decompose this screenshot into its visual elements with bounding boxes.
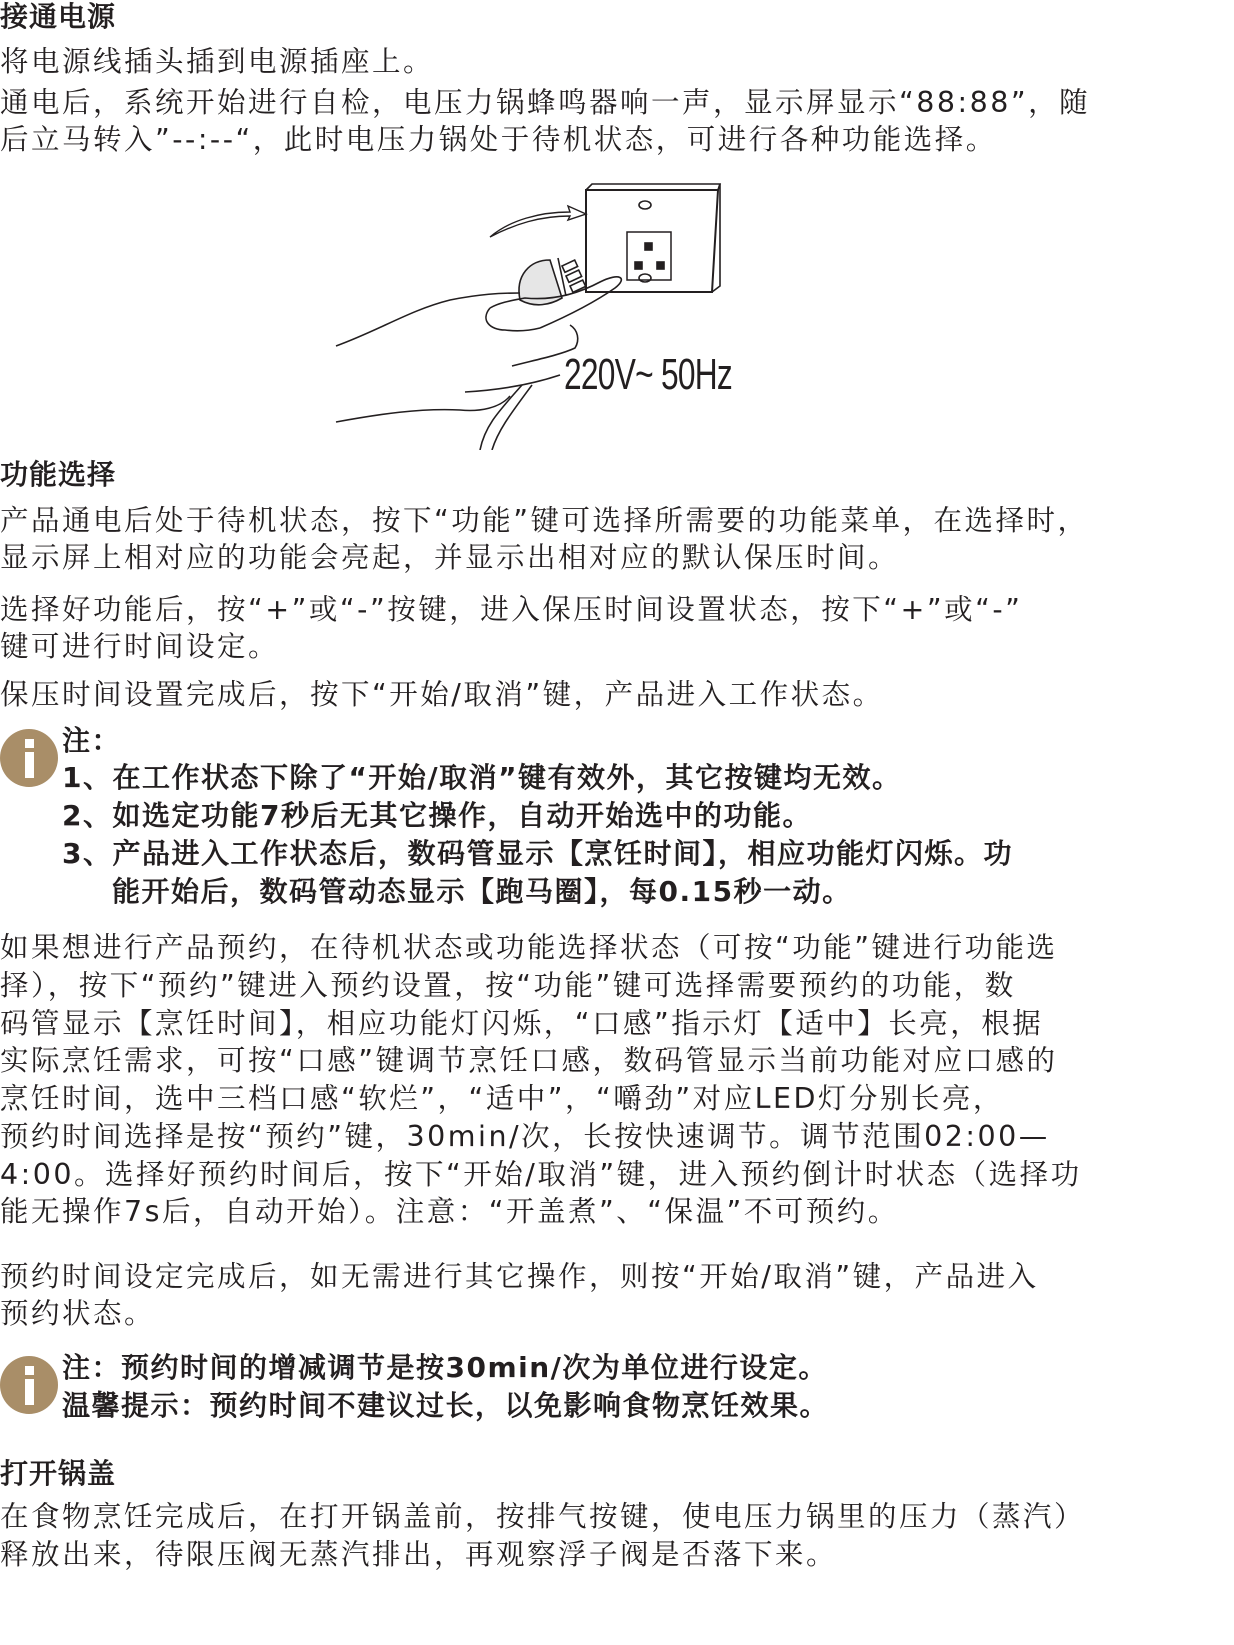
paragraph-line: 预约时间选择是按“预约”键，30min/次，长按快速调节。调节范围02:00—: [0, 1117, 1050, 1156]
paragraph-line: 释放出来，待限压阀无蒸汽排出，再观察浮子阀是否落下来。: [0, 1535, 837, 1574]
note-line: 注：预约时间的增减调节是按30min/次为单位进行设定。: [62, 1348, 828, 1387]
voltage-label: 220V~ 50Hz: [564, 350, 732, 400]
paragraph-line: 4:00。选择好预约时间后，按下“开始/取消”键，进入预约倒计时状态（选择功: [0, 1155, 1082, 1194]
paragraph-line: 码管显示【烹饪时间】，相应功能灯闪烁，“口感”指示灯【适中】长亮，根据: [0, 1004, 1043, 1043]
note-item: 2、如选定功能7秒后无其它操作，自动开始选中的功能。: [62, 796, 812, 835]
paragraph-line: 将电源线插头插到电源插座上。: [0, 42, 434, 81]
paragraph-line: 实际烹饪需求，可按“口感”键调节烹饪口感，数码管显示当前功能对应口感的: [0, 1041, 1058, 1080]
paragraph-line: 在食物烹饪完成后，在打开锅盖前，按排气按键，使电压力锅里的压力（蒸汽）: [0, 1497, 1085, 1536]
note-item: 1、在工作状态下除了“开始/取消”键有效外，其它按键均无效。: [62, 758, 902, 797]
paragraph-line: 显示屏上相对应的功能会亮起，并显示出相对应的默认保压时间。: [0, 538, 899, 577]
note-item: 能开始后，数码管动态显示【跑马圈】，每0.15秒一动。: [112, 872, 852, 911]
paragraph-line: 选择好功能后，按“+”或“-”按键，进入保压时间设置状态，按下“+”或“-”: [0, 590, 1022, 629]
note-label: 注：: [62, 721, 121, 760]
section-title-power: 接通电源: [0, 0, 116, 34]
info-icon: [0, 729, 58, 787]
paragraph-line: 预约时间设定完成后，如无需进行其它操作，则按“开始/取消”键，产品进入: [0, 1257, 1039, 1296]
paragraph-line: 预约状态。: [0, 1294, 155, 1333]
paragraph-line: 择），按下“预约”键进入预约设置，按“功能”键可选择需要预约的功能，数: [0, 966, 1016, 1005]
section-title-open-lid: 打开锅盖: [0, 1457, 116, 1491]
paragraph-line: 保压时间设置完成后，按下“开始/取消”键，产品进入工作状态。: [0, 675, 884, 714]
note-item: 3、产品进入工作状态后，数码管显示【烹饪时间】，相应功能灯闪烁。功: [62, 834, 1013, 873]
section-title-function: 功能选择: [0, 458, 116, 492]
info-icon: [0, 1356, 58, 1414]
note-line: 温馨提示：预约时间不建议过长，以免影响食物烹饪效果。: [62, 1386, 829, 1425]
paragraph-line: 后立马转入”--:--“，此时电压力锅处于待机状态，可进行各种功能选择。: [0, 120, 997, 159]
paragraph-line: 能无操作7s后，自动开始）。注意：“开盖煮”、“保温”不可预约。: [0, 1192, 899, 1231]
paragraph-line: 烹饪时间，选中三档口感“软烂”，“适中”，“嚼劲”对应LED灯分别长亮，: [0, 1079, 1004, 1118]
paragraph-line: 键可进行时间设定。: [0, 627, 279, 666]
paragraph-line: 产品通电后处于待机状态，按下“功能”键可选择所需要的功能菜单，在选择时，: [0, 501, 1089, 540]
paragraph-line: 通电后，系统开始进行自检，电压力锅蜂鸣器响一声，显示屏显示“88:88”，随: [0, 83, 1090, 122]
paragraph-line: 如果想进行产品预约，在待机状态或功能选择状态（可按“功能”键进行功能选: [0, 928, 1058, 967]
plug-socket-illustration: 220V~ 50Hz: [300, 180, 760, 450]
